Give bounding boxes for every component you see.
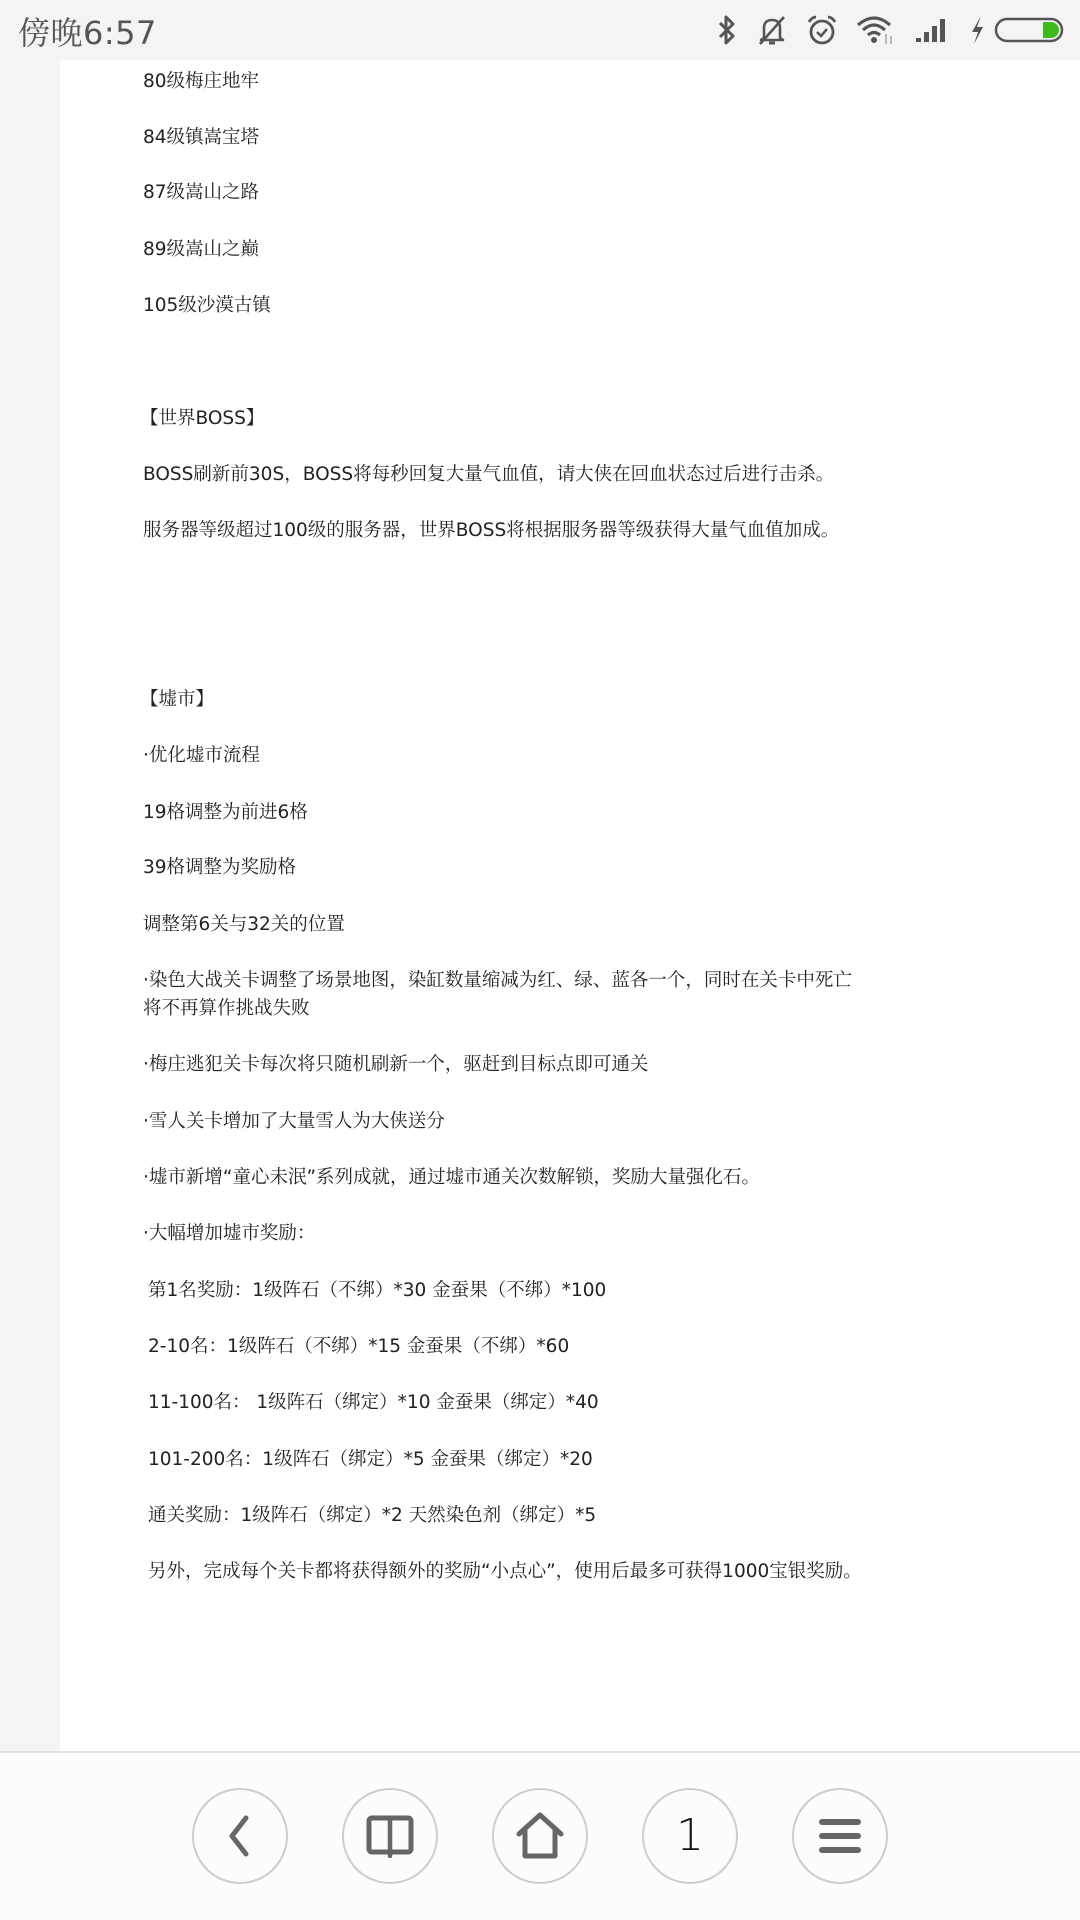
list-item: ·优化墟市流程 bbox=[143, 744, 260, 768]
tabs-button[interactable]: 1 bbox=[642, 1788, 738, 1884]
reward-line: 第1名奖励：1级阵石（不绑）*30 金蚕果（不绑）*100 bbox=[148, 1279, 606, 1303]
reward-line: 11-100名： 1级阵石（绑定）*10 金蚕果（绑定）*40 bbox=[148, 1391, 599, 1415]
charging-icon bbox=[968, 14, 986, 46]
menu-button[interactable] bbox=[792, 1788, 888, 1884]
reward-note: 另外，完成每个关卡都将获得额外的奖励“小点心”，使用后最多可获得1000宝银奖励… bbox=[148, 1560, 862, 1584]
status-bar: 傍晚6:57 bbox=[0, 0, 1080, 60]
page-left-gutter bbox=[0, 60, 60, 1751]
dungeon-item: 105级沙漠古镇 bbox=[143, 294, 271, 318]
tab-count: 1 bbox=[676, 1814, 704, 1858]
status-icons bbox=[698, 10, 1066, 50]
bookmarks-button[interactable] bbox=[342, 1788, 438, 1884]
reward-line: 2-10名：1级阵石（不绑）*15 金蚕果（不绑）*60 bbox=[148, 1335, 569, 1359]
reward-line: 101-200名：1级阵石（绑定）*5 金蚕果（绑定）*20 bbox=[148, 1448, 593, 1472]
list-item: ·墟市新增“童心未泯”系列成就，通过墟市通关次数解锁，奖励大量强化石。 bbox=[143, 1166, 760, 1190]
article-content: 80级梅庄地牢 84级镇嵩宝塔 87级嵩山之路 89级嵩山之巅 105级沙漠古镇… bbox=[60, 60, 1080, 1751]
dungeon-item: 89级嵩山之巅 bbox=[143, 238, 259, 262]
home-button[interactable] bbox=[492, 1788, 588, 1884]
list-item: ·雪人关卡增加了大量雪人为大侠送分 bbox=[143, 1110, 445, 1134]
dungeon-item: 84级镇嵩宝塔 bbox=[143, 126, 259, 150]
wifi-icon bbox=[856, 14, 896, 46]
chevron-left-icon bbox=[220, 1814, 260, 1858]
signal-icon bbox=[914, 14, 950, 46]
paragraph: 服务器等级超过100级的服务器，世界BOSS将根据服务器等级获得大量气血值加成。 bbox=[143, 519, 839, 543]
status-time: 傍晚6:57 bbox=[18, 8, 157, 54]
back-button[interactable] bbox=[192, 1788, 288, 1884]
list-item: ·染色大战关卡调整了场景地图，染缸数量缩减为红、绿、蓝各一个，同时在关卡中死亡将… bbox=[143, 967, 863, 1023]
bell-muted-icon bbox=[756, 14, 788, 46]
list-item: 39格调整为奖励格 bbox=[143, 856, 296, 880]
paragraph: BOSS刷新前30S，BOSS将每秒回复大量气血值，请大侠在回血状态过后进行击杀… bbox=[143, 463, 834, 487]
battery-icon bbox=[994, 14, 1066, 46]
bottom-toolbar: 1 bbox=[0, 1751, 1080, 1920]
book-icon bbox=[365, 1814, 415, 1858]
home-icon bbox=[515, 1812, 565, 1860]
section-heading-market: 【墟市】 bbox=[140, 688, 214, 712]
section-heading-world-boss: 【世界BOSS】 bbox=[140, 407, 264, 431]
reward-line: 通关奖励：1级阵石（绑定）*2 天然染色剂（绑定）*5 bbox=[148, 1504, 596, 1528]
list-item: 调整第6关与32关的位置 bbox=[143, 913, 345, 937]
list-item: ·大幅增加墟市奖励： bbox=[143, 1222, 315, 1246]
alarm-icon bbox=[806, 14, 838, 46]
hamburger-icon bbox=[817, 1816, 863, 1856]
list-item: ·梅庄逃犯关卡每次将只随机刷新一个，驱赶到目标点即可通关 bbox=[143, 1053, 648, 1077]
dungeon-item: 80级梅庄地牢 bbox=[143, 70, 259, 94]
bluetooth-icon bbox=[716, 14, 738, 46]
dungeon-item: 87级嵩山之路 bbox=[143, 181, 259, 205]
list-item: 19格调整为前进6格 bbox=[143, 801, 308, 825]
